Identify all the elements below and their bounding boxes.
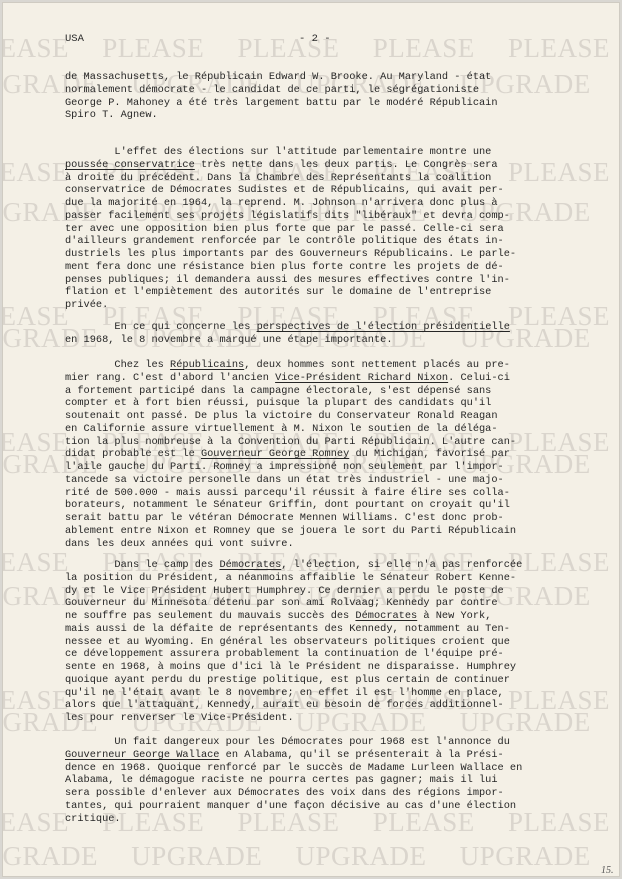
underlined-phrase: Vice-Président Richard Nixon xyxy=(275,372,448,384)
text-line: borateurs, notamment le Sénateur Griffin… xyxy=(65,499,620,512)
text-line: la position du Président, a néanmoins af… xyxy=(65,572,620,585)
text-line: tion la plus nombreuse à la Convention d… xyxy=(65,436,620,449)
text-line: soutenait ont passé. De plus la victoire… xyxy=(65,410,620,423)
text-line: Alabama, le démagogue raciste ne pourra … xyxy=(65,774,620,787)
text-line: d'ailleurs grandement renforcée par le c… xyxy=(65,235,620,248)
text-line: L'effet des élections sur l'attitude par… xyxy=(65,146,620,159)
text-line: rité de 500.000 - mais aussi parcequ'il … xyxy=(65,487,620,500)
text-line: en Californie assure virtuellement à M. … xyxy=(65,423,620,436)
text-line: ne souffre pas seulement du mauvais succ… xyxy=(65,610,620,623)
text-line: ment fera donc une résistance bien plus … xyxy=(65,261,620,274)
text-line: penses publiques; il demandera aussi des… xyxy=(65,274,620,287)
underlined-phrase: perspectives de l'élection présidentiell… xyxy=(257,321,510,333)
paragraph: Un fait dangereux pour les Démocrates po… xyxy=(65,736,620,825)
text-line: ter avec une opposition bien plus forte … xyxy=(65,223,620,236)
text-line: conservatrice de Démocrates Sudistes et … xyxy=(65,184,620,197)
text-line: En ce qui concerne les perspectives de l… xyxy=(65,321,620,334)
paragraph: En ce qui concerne les perspectives de l… xyxy=(65,321,620,347)
header-country: USA xyxy=(65,33,84,45)
text-line: qu'il ne l'était avant le 8 novembre; en… xyxy=(65,687,620,700)
text-line: Chez les Républicains, deux hommes sont … xyxy=(65,359,620,372)
text-line: les pour renverser le Vice-Président. xyxy=(65,712,620,725)
text-line: George P. Mahoney a été très largement b… xyxy=(65,97,620,110)
paragraph: Dans le camp des Démocrates, l'élection,… xyxy=(65,559,620,725)
text-line: dence en 1968. Quoique renforcé par le s… xyxy=(65,762,620,775)
text-line: flation et l'empiètement des autorités s… xyxy=(65,286,620,299)
text-line: sente en 1968, à moins que d'ici là le P… xyxy=(65,661,620,674)
text-line: poussée conservatrice très nette dans le… xyxy=(65,159,620,172)
paragraph: de Massachusetts, le Républicain Edward … xyxy=(65,71,620,122)
text-line: alors que l'attaquant, Kennedy, aurait e… xyxy=(65,699,620,712)
text-line: l'aile gauche du Parti. Romney a impress… xyxy=(65,461,620,474)
text-line: dans les deux années qui vont suivre. xyxy=(65,538,620,551)
text-line: didat probable est le Gouverneur George … xyxy=(65,448,620,461)
text-line: Gouverneur George Wallace en Alabama, qu… xyxy=(65,749,620,762)
underlined-phrase: poussée conservatrice xyxy=(65,159,195,171)
header-page-marker: - 2 - xyxy=(299,33,331,45)
text-line: ce développement assurera probablement l… xyxy=(65,648,620,661)
text-line: de Massachusetts, le Républicain Edward … xyxy=(65,71,620,84)
text-line: mais aussi de la défaite de représentant… xyxy=(65,623,620,636)
underlined-phrase: Gouverneur George Romney xyxy=(201,448,349,460)
text-line: tancede sa victoire personelle dans un é… xyxy=(65,474,620,487)
text-line: Spiro T. Agnew. xyxy=(65,109,620,122)
text-line: due la majorité en 1964, la reprend. M. … xyxy=(65,197,620,210)
text-line: quoique ayant perdu du prestige politiqu… xyxy=(65,674,620,687)
text-line: normalement démocrate - le candidat de c… xyxy=(65,84,620,97)
text-line: a fortement participé dans la campagne é… xyxy=(65,385,620,398)
text-line: nessee et au Wyoming. En général les obs… xyxy=(65,636,620,649)
text-line: dy et le Vice Président Hubert Humphrey.… xyxy=(65,585,620,598)
text-line: passer facilement ses projets législatif… xyxy=(65,210,620,223)
underlined-phrase: Gouverneur George Wallace xyxy=(65,749,219,761)
text-line: Gouverneur du Minnesota détenu par son a… xyxy=(65,597,620,610)
paragraph: L'effet des élections sur l'attitude par… xyxy=(65,146,620,312)
text-line: ablement entre Nixon et Romney que se jo… xyxy=(65,525,620,538)
underlined-phrase: Républicains xyxy=(170,359,244,371)
text-line: sera possible d'enlever aux Démocrates d… xyxy=(65,787,620,800)
text-line: dustriels les plus importants par des Go… xyxy=(65,248,620,261)
text-line: privée. xyxy=(65,299,620,312)
text-line: tantes, qui pourraient manquer d'une faç… xyxy=(65,800,620,813)
text-line: critique. xyxy=(65,813,620,826)
text-line: compter et à fort bien réussi, puisque l… xyxy=(65,397,620,410)
text-line: à droite du précédent. Dans la Chambre d… xyxy=(65,172,620,185)
text-line: mier rang. C'est d'abord l'ancien Vice-P… xyxy=(65,372,620,385)
text-line: Dans le camp des Démocrates, l'élection,… xyxy=(65,559,620,572)
text-line: Un fait dangereux pour les Démocrates po… xyxy=(65,736,620,749)
text-line: serait battu par le vétéran Démocrate Me… xyxy=(65,512,620,525)
page-number: 15. xyxy=(601,865,614,876)
underlined-phrase: Démocrates xyxy=(219,559,281,571)
document-page: PLEASE PLEASE PLEASE PLEASE PLEASE UPGRA… xyxy=(2,2,620,877)
paragraph: Chez les Républicains, deux hommes sont … xyxy=(65,359,620,550)
text-line: en 1968, le 8 novembre a marqué une étap… xyxy=(65,334,620,347)
underlined-phrase: Démocrates xyxy=(355,610,417,622)
